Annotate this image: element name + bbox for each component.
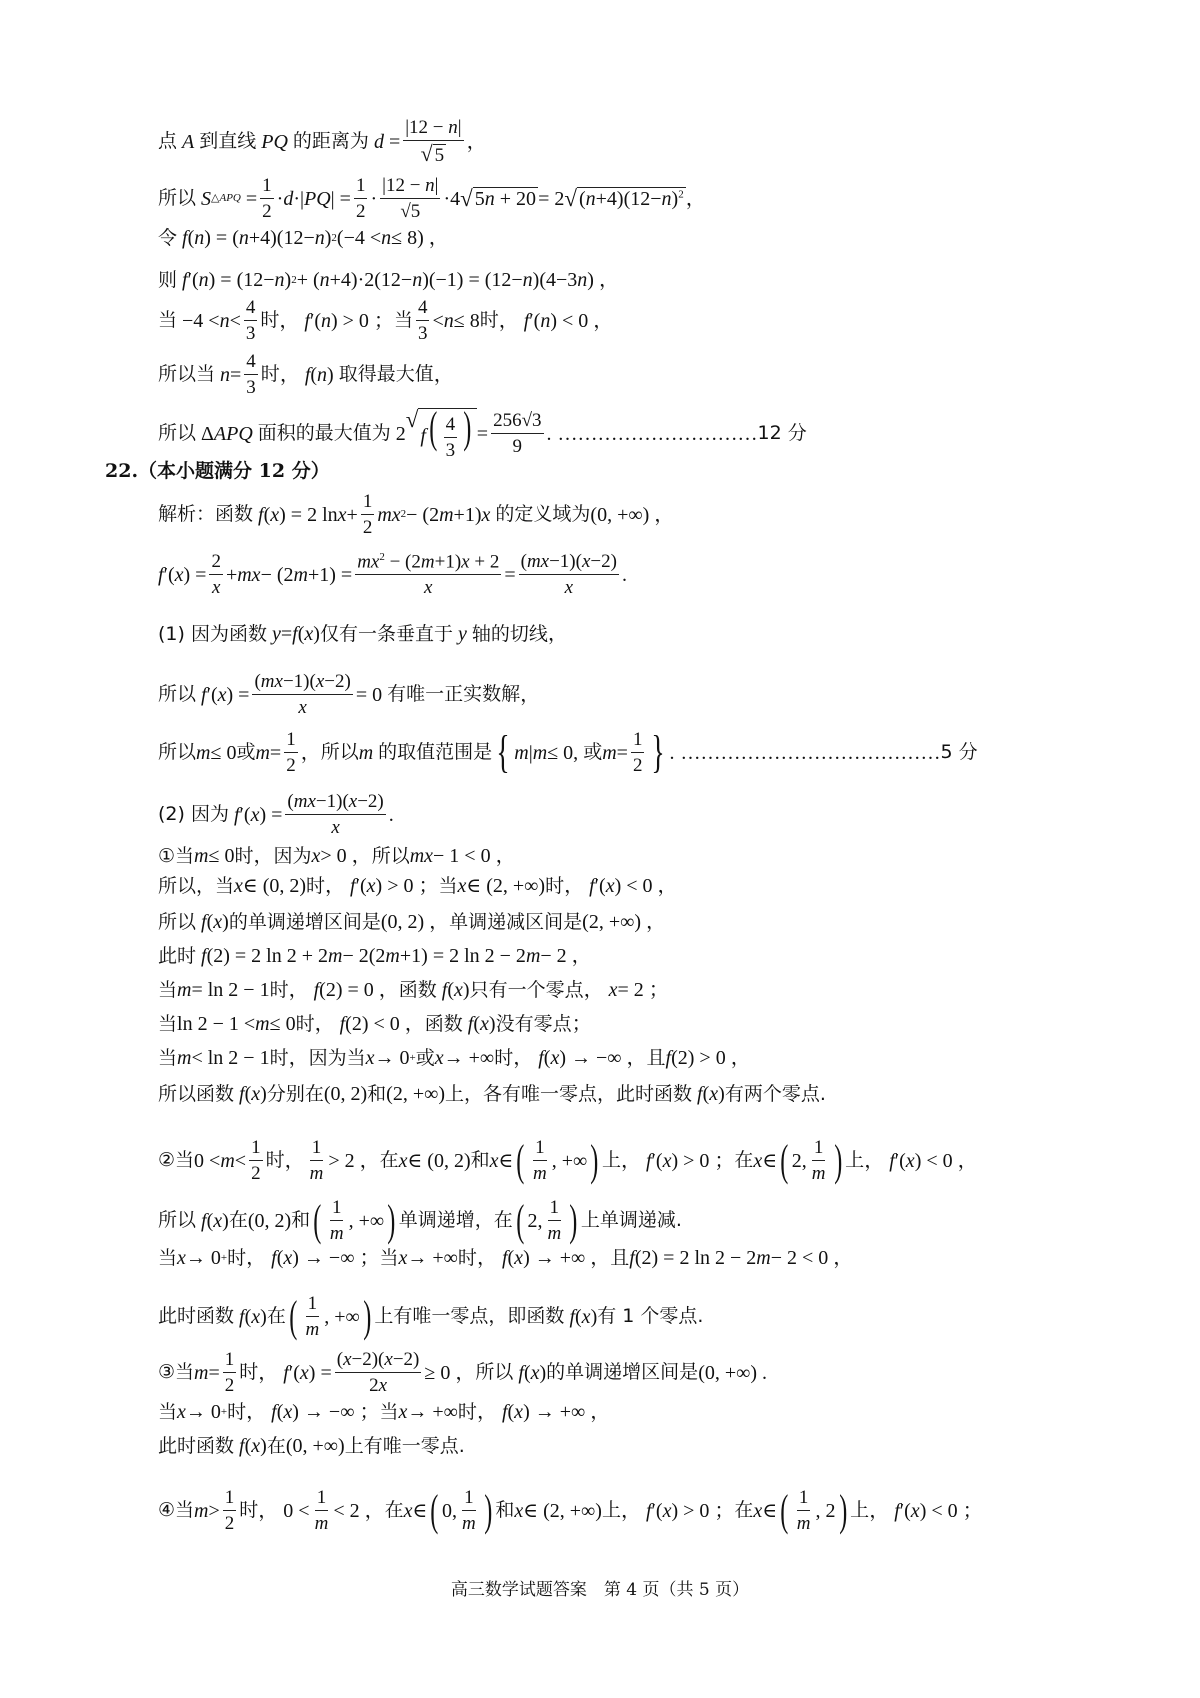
line-case1-intervals: 所以 f(x)的单调递增区间是(0, 2) ，单调递减区间是(2, +∞) ，: [158, 912, 666, 932]
line-part1-range: 所以m ≤ 0或m = 12，所以m 的取值范围是 {m|m ≤ 0, 或m =…: [158, 730, 978, 775]
line-case2-result: 此时函数 f(x)在 (1m, +∞)上有唯一零点，即函数 f(x)有 1 个零…: [158, 1294, 703, 1339]
line-case3: ③当m = 12时， f′(x) = (x−2)(x−2)2x≥ 0 ，所以 f…: [158, 1350, 767, 1395]
line-part1-eq: 所以 f′(x) = (mx−1)(x−2)x = 0 有唯一正实数解，: [158, 672, 540, 717]
line-maximum: 所以当 n = 43时， f(n) 取得最大值，: [158, 352, 454, 397]
line-case1: ①当m ≤ 0时，因为x > 0 ，所以mx − 1 < 0 ，: [158, 846, 516, 866]
line-derivative-n: 则 f′(n) = (12−n)2 + (n+4)·2(12−n)(−1) = …: [158, 270, 619, 290]
line-define-fn: 令 f(n) = (n+4)(12−n)2 (−4 < n ≤ 8) ，: [158, 228, 449, 248]
line-part2-intro: (2) 因为 f′(x) = (mx−1)(x−2)x .: [158, 792, 394, 837]
line-case2-mono: 所以 f(x)在(0, 2)和 (1m, +∞)单调递增，在 (2,1m)上单调…: [158, 1198, 682, 1243]
line-case1-noroot: 当ln 2 − 1 < m ≤ 0时， f(2) < 0 ，函数 f(x)没有零…: [158, 1014, 592, 1034]
line-case2-limits: 当x → 0+时， f(x) → −∞ ；当x → +∞时， f(x) → +∞…: [158, 1248, 853, 1268]
line-area-formula: 所以 S△APQ = 12·d·|PQ| = 12· |12 − n|√5·4√…: [158, 176, 706, 221]
line-max-area: 所以 ΔAPQ 面积的最大值为 2√f(43) = 256√39 . ………………: [158, 408, 807, 460]
line-case1-limits: 当m < ln 2 − 1时，因为当x → 0+或x → +∞时， f(x) →…: [158, 1048, 751, 1068]
fraction: |12 − n|√5: [403, 118, 463, 166]
line-part1-cond: (1) 因为函数 y = f(x)仅有一条垂直于 y 轴的切线，: [158, 624, 568, 644]
line-case2: ②当0 < m < 12时， 1m> 2 ，在x ∈ (0, 2)和x ∈ (1…: [158, 1138, 978, 1183]
page-footer: 高三数学试题答案 第 4 页（共 5 页）: [0, 1575, 1200, 1600]
line-distance: 点 A 到直线 PQ 的距离为 d = |12 − n|√5 ，: [158, 118, 487, 166]
line-function-def: 解析：函数 f(x) = 2 ln x + 12mx2 − (2m+1)x 的定…: [158, 492, 674, 537]
line-case3-result: 此时函数 f(x)在(0, +∞)上有唯一零点.: [158, 1436, 465, 1456]
line-sign-analysis: 当 −4 < n < 43时， f′(n) > 0 ；当 43< n ≤ 8时，…: [158, 298, 613, 343]
problem-22-heading: 22.（本小题满分 12 分）: [105, 456, 330, 483]
line-case1-sign: 所以，当x ∈ (0, 2)时， f′(x) > 0 ；当x ∈ (2, +∞)…: [158, 876, 678, 896]
line-case1-eq: 当m = ln 2 − 1时， f(2) = 0 ，函数 f(x)只有一个零点，…: [158, 980, 669, 1000]
line-case1-f2: 此时 f(2) = 2 ln 2 + 2m − 2(2m+1) = 2 ln 2…: [158, 946, 592, 966]
line-case1-two-roots: 所以函数 f(x)分别在(0, 2)和(2, +∞)上，各有唯一零点，此时函数 …: [158, 1084, 826, 1104]
line-case4: ④当m > 12时， 0 < 1m< 2 ，在x ∈ (0,1m)和x ∈ (2…: [158, 1488, 983, 1533]
score-5: 5 分: [941, 743, 978, 762]
line-case3-limits: 当x → 0+时， f(x) → −∞ ；当x → +∞时， f(x) → +∞…: [158, 1402, 610, 1422]
score-12: 12 分: [758, 424, 807, 443]
line-derivative-x: f′(x) = 2x + mx − (2m+1) = mx2 − (2m+1)x…: [158, 552, 627, 597]
